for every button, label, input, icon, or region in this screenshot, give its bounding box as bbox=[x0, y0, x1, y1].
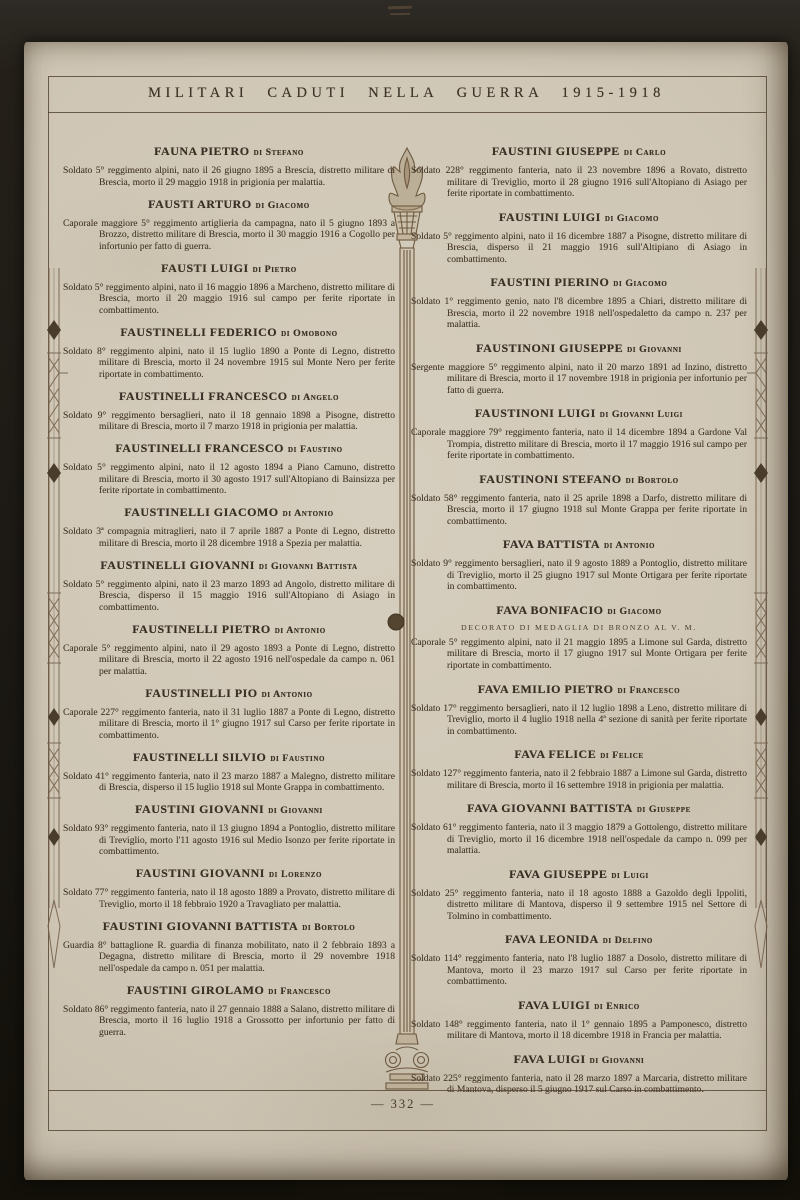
entry-name: FAVA GIUSEPPE bbox=[509, 867, 607, 881]
entry-text: Guardia 8° battaglione R. guardia di fin… bbox=[63, 940, 395, 975]
entry-text: Soldato 5° reggimento alpini, nato il 23… bbox=[63, 579, 395, 614]
entry-patronymic: di Giovanni bbox=[627, 344, 682, 355]
entry-heading: FAVA LUIGIdi Giovanni bbox=[411, 1052, 747, 1067]
entry-name: FAUSTINELLI SILVIO bbox=[133, 750, 266, 764]
entry-text: Soldato 61° reggimento fanteria, nato il… bbox=[411, 822, 747, 857]
entry-heading: FAUSTINI GIOVANNI BATTISTAdi Bortolo bbox=[63, 919, 395, 934]
entry-name: FAUSTINI GIOVANNI bbox=[135, 802, 264, 816]
entry-heading: FAVA GIUSEPPEdi Luigi bbox=[411, 867, 747, 882]
memorial-entry: FAUSTINONI STEFANOdi BortoloSoldato 58° … bbox=[411, 472, 747, 528]
entry-heading: FAUSTINI GIROLAMOdi Francesco bbox=[63, 983, 395, 998]
entry-patronymic: di Giovanni bbox=[268, 805, 323, 816]
entry-patronymic: di Bortolo bbox=[626, 475, 679, 486]
entry-text: Soldato 58° reggimento fanteria, nato il… bbox=[411, 493, 747, 528]
entry-patronymic: di Delfino bbox=[603, 935, 653, 946]
entry-text: Soldato 3ª compagnia mitraglieri, nato i… bbox=[63, 526, 395, 549]
memorial-entry: FAUSTINELLI PIOdi AntonioCaporale 227° r… bbox=[63, 686, 395, 742]
entry-text: Soldato 5° reggimento alpini, nato il 16… bbox=[411, 231, 747, 266]
entry-heading: FAUSTINELLI SILVIOdi Faustino bbox=[63, 750, 395, 765]
entry-heading: FAUSTINELLI PIETROdi Antonio bbox=[63, 622, 395, 637]
memorial-entry: FAUSTINI GIOVANNIdi GiovanniSoldato 93° … bbox=[63, 802, 395, 858]
entry-name: FAUSTINELLI FEDERICO bbox=[120, 325, 277, 339]
entry-name: FAUSTINELLI FRANCESCO bbox=[115, 441, 284, 455]
entry-heading: FAUSTINI GIUSEPPEdi Carlo bbox=[411, 144, 747, 159]
memorial-entry: FAUSTINONI GIUSEPPEdi GiovanniSergente m… bbox=[411, 341, 747, 397]
entry-heading: FAUSTINONI LUIGIdi Giovanni Luigi bbox=[411, 406, 747, 421]
entry-name: FAVA LEONIDA bbox=[505, 932, 599, 946]
memorial-entry: FAUSTINI GIOVANNI BATTISTAdi BortoloGuar… bbox=[63, 919, 395, 975]
memorial-entry: FAUSTINELLI SILVIOdi FaustinoSoldato 41°… bbox=[63, 750, 395, 794]
entry-text: Soldato 9° reggimento bersaglieri, nato … bbox=[63, 410, 395, 433]
entry-patronymic: di Stefano bbox=[254, 147, 304, 158]
memorial-entry: FAUSTI ARTUROdi GiacomoCaporale maggiore… bbox=[63, 197, 395, 253]
entry-name: FAVA LUIGI bbox=[518, 998, 590, 1012]
entry-heading: FAUSTI LUIGIdi Pietro bbox=[63, 261, 395, 276]
entry-patronymic: di Giacomo bbox=[607, 606, 661, 617]
entry-name: FAVA LUIGI bbox=[514, 1052, 586, 1066]
entry-decoration: DECORATO DI MEDAGLIA DI BRONZO AL V. M. bbox=[411, 623, 747, 632]
memorial-entry: FAUNA PIETROdi StefanoSoldato 5° reggime… bbox=[63, 144, 395, 188]
memorial-entry: FAUSTINI GIUSEPPEdi CarloSoldato 228° re… bbox=[411, 144, 747, 200]
entry-name: FAUSTINELLI GIOVANNI bbox=[100, 558, 255, 572]
entry-name: FAVA BATTISTA bbox=[503, 537, 600, 551]
entry-heading: FAUSTINI GIOVANNIdi Lorenzo bbox=[63, 866, 395, 881]
title-divider bbox=[48, 112, 766, 113]
entry-text: Caporale 5° reggimento alpini, nato il 2… bbox=[411, 637, 747, 672]
entry-text: Soldato 1° reggimento genio, nato l'8 di… bbox=[411, 296, 747, 331]
entry-patronymic: di Lorenzo bbox=[269, 869, 322, 880]
entry-text: Soldato 93° reggimento fanteria, nato il… bbox=[63, 823, 395, 858]
page-title: MILITARI CADUTI NELLA GUERRA 1915-1918 bbox=[48, 85, 765, 102]
entry-patronymic: di Giovanni Luigi bbox=[600, 409, 683, 420]
binding-mark bbox=[390, 13, 410, 15]
memorial-entry: FAVA LEONIDAdi DelfinoSoldato 114° reggi… bbox=[411, 932, 747, 988]
memorial-entry: FAUSTINI GIROLAMOdi FrancescoSoldato 86°… bbox=[63, 983, 395, 1039]
entry-patronymic: di Bortolo bbox=[302, 922, 355, 933]
entry-name: FAVA BONIFACIO bbox=[496, 603, 603, 617]
entry-text: Soldato 127° reggimento fanteria, nato i… bbox=[411, 768, 747, 791]
memorial-entry: FAUSTINI LUIGIdi GiacomoSoldato 5° reggi… bbox=[411, 210, 747, 266]
entry-patronymic: di Francesco bbox=[268, 986, 331, 997]
entry-text: Soldato 5° reggimento alpini, nato il 26… bbox=[63, 165, 395, 188]
entry-heading: FAVA EMILIO PIETROdi Francesco bbox=[411, 682, 747, 697]
entry-name: FAUSTINI PIERINO bbox=[491, 275, 610, 289]
entry-heading: FAUSTINELLI PIOdi Antonio bbox=[63, 686, 395, 701]
entry-patronymic: di Carlo bbox=[624, 147, 666, 158]
entry-text: Soldato 9° reggimento bersaglieri, nato … bbox=[411, 558, 747, 593]
entry-text: Soldato 114° reggimento fanteria, nato l… bbox=[411, 953, 747, 988]
memorial-entry: FAUSTINELLI FEDERICOdi OmobonoSoldato 8°… bbox=[63, 325, 395, 381]
entry-patronymic: di Felice bbox=[600, 750, 643, 761]
entry-heading: FAVA LUIGIdi Enrico bbox=[411, 998, 747, 1013]
entry-patronymic: di Angelo bbox=[292, 392, 339, 403]
entry-name: FAUSTINI GIOVANNI BATTISTA bbox=[103, 919, 299, 933]
entry-patronymic: di Giuseppe bbox=[637, 804, 691, 815]
memorial-entry: FAVA EMILIO PIETROdi FrancescoSoldato 17… bbox=[411, 682, 747, 738]
entry-text: Soldato 148° reggimento fanteria, nato i… bbox=[411, 1019, 747, 1042]
entry-patronymic: di Giacomo bbox=[256, 200, 310, 211]
entry-heading: FAUSTINONI GIUSEPPEdi Giovanni bbox=[411, 341, 747, 356]
memorial-entry: FAVA FELICEdi FeliceSoldato 127° reggime… bbox=[411, 747, 747, 791]
entry-text: Caporale 5° reggimento alpini, nato il 2… bbox=[63, 643, 395, 678]
entry-patronymic: di Pietro bbox=[253, 264, 297, 275]
entry-name: FAUSTINI GIROLAMO bbox=[127, 983, 264, 997]
entry-name: FAUNA PIETRO bbox=[154, 144, 249, 158]
entry-text: Soldato 5° reggimento alpini, nato il 12… bbox=[63, 462, 395, 497]
entry-name: FAUSTINELLI PIETRO bbox=[132, 622, 270, 636]
entry-patronymic: di Giacomo bbox=[613, 278, 667, 289]
entry-text: Caporale maggiore 79° reggimento fanteri… bbox=[411, 427, 747, 462]
entry-name: FAUSTINONI GIUSEPPE bbox=[476, 341, 623, 355]
entry-text: Soldato 41° reggimento fanteria, nato il… bbox=[63, 771, 395, 794]
entry-name: FAUSTI ARTURO bbox=[148, 197, 252, 211]
entry-name: FAUSTI LUIGI bbox=[161, 261, 248, 275]
memorial-entry: FAUSTINELLI PIETROdi AntonioCaporale 5° … bbox=[63, 622, 395, 678]
entry-heading: FAUSTINELLI FRANCESCOdi Angelo bbox=[63, 389, 395, 404]
entry-text: Sergente maggiore 5° reggimento alpini, … bbox=[411, 362, 747, 397]
entry-text: Soldato 228° reggimento fanteria, nato i… bbox=[411, 165, 747, 200]
entry-text: Soldato 225° reggimento fanteria, nato i… bbox=[411, 1073, 747, 1096]
binding-mark bbox=[388, 6, 412, 10]
memorial-entry: FAUSTINI PIERINOdi GiacomoSoldato 1° reg… bbox=[411, 275, 747, 331]
entry-patronymic: di Giovanni bbox=[590, 1055, 645, 1066]
entry-name: FAVA GIOVANNI BATTISTA bbox=[467, 801, 633, 815]
entry-heading: FAUSTINELLI GIOVANNIdi Giovanni Battista bbox=[63, 558, 395, 573]
entry-heading: FAUSTINI LUIGIdi Giacomo bbox=[411, 210, 747, 225]
entry-patronymic: di Francesco bbox=[618, 685, 681, 696]
entry-patronymic: di Faustino bbox=[270, 753, 325, 764]
entry-patronymic: di Enrico bbox=[594, 1001, 640, 1012]
left-column: FAUNA PIETROdi StefanoSoldato 5° reggime… bbox=[63, 144, 395, 1038]
memorial-entry: FAUSTINONI LUIGIdi Giovanni LuigiCaporal… bbox=[411, 406, 747, 462]
entry-patronymic: di Antonio bbox=[283, 508, 334, 519]
entry-heading: FAUSTINELLI GIACOMOdi Antonio bbox=[63, 505, 395, 520]
entry-patronymic: di Antonio bbox=[275, 625, 326, 636]
entry-heading: FAVA LEONIDAdi Delfino bbox=[411, 932, 747, 947]
memorial-entry: FAUSTINELLI GIACOMOdi AntonioSoldato 3ª … bbox=[63, 505, 395, 549]
memorial-entry: FAUSTINELLI FRANCESCOdi FaustinoSoldato … bbox=[63, 441, 395, 497]
entry-patronymic: di Giacomo bbox=[605, 213, 659, 224]
entry-patronymic: di Faustino bbox=[288, 444, 343, 455]
page-number: — 332 — bbox=[48, 1097, 758, 1112]
entry-text: Soldato 17° reggimento bersaglieri, nato… bbox=[411, 703, 747, 738]
memorial-entry: FAUSTINI GIOVANNIdi LorenzoSoldato 77° r… bbox=[63, 866, 395, 910]
entry-patronymic: di Omobono bbox=[281, 328, 338, 339]
entry-heading: FAVA BATTISTAdi Antonio bbox=[411, 537, 747, 552]
entry-heading: FAUSTI ARTUROdi Giacomo bbox=[63, 197, 395, 212]
entry-heading: FAVA GIOVANNI BATTISTAdi Giuseppe bbox=[411, 801, 747, 816]
entry-heading: FAVA FELICEdi Felice bbox=[411, 747, 747, 762]
entry-name: FAUSTINI GIOVANNI bbox=[136, 866, 265, 880]
entry-heading: FAVA BONIFACIOdi Giacomo bbox=[411, 603, 747, 618]
entry-heading: FAUSTINONI STEFANOdi Bortolo bbox=[411, 472, 747, 487]
entry-name: FAUSTINI GIUSEPPE bbox=[492, 144, 620, 158]
memorial-entry: FAVA GIOVANNI BATTISTAdi GiuseppeSoldato… bbox=[411, 801, 747, 857]
entry-text: Soldato 77° reggimento fanteria, nato il… bbox=[63, 887, 395, 910]
entry-heading: FAUNA PIETROdi Stefano bbox=[63, 144, 395, 159]
entry-name: FAUSTINI LUIGI bbox=[499, 210, 601, 224]
entry-text: Soldato 86° reggimento fanteria, nato il… bbox=[63, 1004, 395, 1039]
memorial-entry: FAUSTI LUIGIdi PietroSoldato 5° reggimen… bbox=[63, 261, 395, 317]
memorial-entry: FAVA BATTISTAdi AntonioSoldato 9° reggim… bbox=[411, 537, 747, 593]
memorial-entry: FAVA LUIGIdi EnricoSoldato 148° reggimen… bbox=[411, 998, 747, 1042]
memorial-entry: FAUSTINELLI FRANCESCOdi AngeloSoldato 9°… bbox=[63, 389, 395, 433]
entry-text: Caporale 227° reggimento fanteria, nato … bbox=[63, 707, 395, 742]
entry-name: FAVA EMILIO PIETRO bbox=[478, 682, 614, 696]
entry-heading: FAUSTINI PIERINOdi Giacomo bbox=[411, 275, 747, 290]
memorial-entry: FAVA BONIFACIOdi GiacomoDECORATO DI MEDA… bbox=[411, 603, 747, 672]
entry-name: FAUSTINONI LUIGI bbox=[475, 406, 596, 420]
entry-text: Caporale maggiore 5° reggimento artiglie… bbox=[63, 218, 395, 253]
entry-name: FAUSTINELLI FRANCESCO bbox=[119, 389, 288, 403]
entry-patronymic: di Luigi bbox=[611, 870, 649, 881]
entry-name: FAUSTINELLI GIACOMO bbox=[124, 505, 278, 519]
memorial-entry: FAUSTINELLI GIOVANNIdi Giovanni Battista… bbox=[63, 558, 395, 614]
right-column: FAUSTINI GIUSEPPEdi CarloSoldato 228° re… bbox=[411, 144, 747, 1096]
entry-patronymic: di Antonio bbox=[604, 540, 655, 551]
entry-heading: FAUSTINELLI FEDERICOdi Omobono bbox=[63, 325, 395, 340]
entry-text: Soldato 25° reggimento fanteria, nato il… bbox=[411, 888, 747, 923]
entry-patronymic: di Antonio bbox=[262, 689, 313, 700]
entry-heading: FAUSTINELLI FRANCESCOdi Faustino bbox=[63, 441, 395, 456]
entry-text: Soldato 5° reggimento alpini, nato il 16… bbox=[63, 282, 395, 317]
entry-name: FAUSTINONI STEFANO bbox=[479, 472, 621, 486]
entry-text: Soldato 8° reggimento alpini, nato il 15… bbox=[63, 346, 395, 381]
entry-patronymic: di Giovanni Battista bbox=[259, 561, 358, 572]
entry-name: FAUSTINELLI PIO bbox=[145, 686, 257, 700]
footer-divider bbox=[48, 1090, 766, 1091]
memorial-entry: FAVA GIUSEPPEdi LuigiSoldato 25° reggime… bbox=[411, 867, 747, 923]
entry-name: FAVA FELICE bbox=[514, 747, 596, 761]
entry-heading: FAUSTINI GIOVANNIdi Giovanni bbox=[63, 802, 395, 817]
